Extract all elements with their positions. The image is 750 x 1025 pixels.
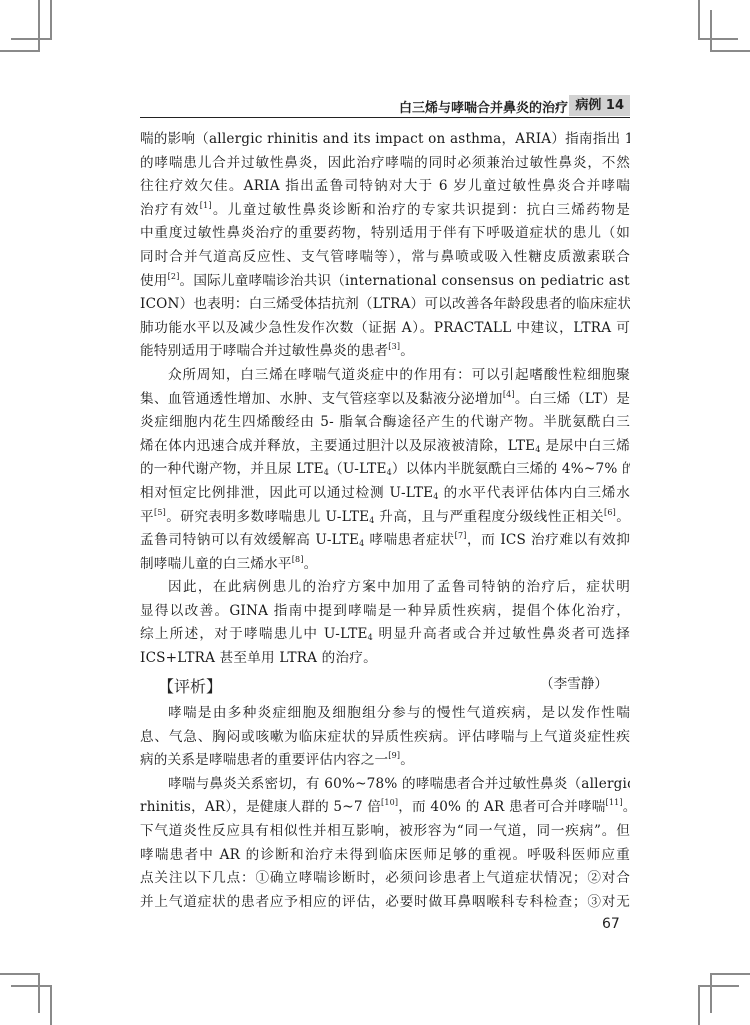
section-heading-commentary: 【评析】 [158, 674, 222, 697]
text-line: 综上所述，对于哮喘患儿中 U-LTE4 明显升高者或合并过敏性鼻炎者可选择 [140, 623, 630, 647]
discussion-text: 喘的影响（allergic rhinitis and its impact on… [140, 128, 630, 696]
crop-mark [698, 38, 738, 40]
text-line: 哮喘患者中 AR 的诊断和治疗未得到临床医师足够的重视。呼吸科医师应重 [140, 844, 630, 868]
text-line: 集、血管通透性增加、水肿、支气管痉挛以及黏液分泌增加[4]。白三烯（LT）是 [140, 388, 630, 412]
text-line: rhinitis，AR），是健康人群的 5~7 倍[10]，而 40% 的 AR… [140, 796, 630, 820]
text-line: 的一种代谢产物，并且尿 LTE4（U-LTE4）以体内半胱氨酰白三烯的 4%~7… [140, 458, 630, 482]
paragraph-aria: 喘的影响（allergic rhinitis and its impact on… [140, 128, 630, 364]
paragraph-conclusion: 因此，在此病例患儿的治疗方案中加用了孟鲁司特钠的治疗后，症状明 显得以改善。GI… [140, 576, 630, 670]
text-line: 相对恒定比例排泄，因此可以通过检测 U-LTE4 的水平代表评估体内白三烯水 [140, 482, 630, 506]
crop-mark [38, 10, 40, 52]
crop-mark [710, 50, 750, 52]
text-line: 平[5]。研究表明多数哮喘患儿 U-LTE4 升高，且与严重程度分级线性正相关[… [140, 506, 630, 530]
text-line: 显得以改善。GINA 指南中提到哮喘是一种异质性疾病，提倡个体化治疗， [140, 600, 630, 624]
text-line: 制哮喘儿童的白三烯水平[8]。 [140, 553, 630, 577]
text-line: 喘的影响（allergic rhinitis and its impact on… [140, 128, 630, 152]
running-header: 白三烯与哮喘合并鼻炎的治疗 病例 14 [140, 95, 630, 118]
crop-mark [710, 973, 712, 1013]
text-line: ICS+LTRA 甚至单用 LTRA 的治疗。 [140, 647, 630, 671]
crop-mark [710, 10, 712, 52]
text-line: 使用[2]。国际儿童哮喘诊治共识（international consensus… [140, 270, 630, 294]
text-line: 孟鲁司特钠可以有效缓解高 U-LTE4 哮喘患者症状[7]，而 ICS 治疗难以… [140, 529, 630, 553]
text-line: 病的关系是哮喘患者的重要评估内容之一[9]。 [140, 749, 630, 773]
crop-mark [698, 0, 700, 40]
commentary-text: 哮喘是由多种炎症细胞及细胞组分参与的慢性气道疾病，是以发作性喘 息、气急、胸闷或… [140, 702, 630, 914]
crop-mark [50, 0, 52, 40]
case-label: 病例 14 [569, 95, 630, 116]
text-line: 中重度过敏性鼻炎治疗的重要药物，特别适用于伴有下呼吸道症状的患儿（如 [140, 222, 630, 246]
text-line: 点关注以下几点：①确立哮喘诊断时，必须问诊患者上气道症状情况；②对合 [140, 867, 630, 891]
paragraph-asthma-rhinitis: 哮喘与鼻炎关系密切，有 60%~78% 的哮喘患者合并过敏性鼻炎（allergi… [140, 773, 630, 915]
crop-mark [710, 973, 750, 975]
text-line: 众所周知，白三烯在哮喘气道炎症中的作用有：可以引起嗜酸性粒细胞聚 [140, 364, 630, 388]
text-line: 息、气急、胸闷或咳嗽为临床症状的异质性疾病。评估哮喘与上气道炎症性疾 [140, 726, 630, 750]
text-line: 治疗有效[1]。儿童过敏性鼻炎诊断和治疗的专家共识提到：抗白三烯药物是 [140, 199, 630, 223]
crop-mark [11, 985, 52, 987]
text-line: 炎症细胞内花生四烯酸经由 5- 脂氧合酶途径产生的代谢产物。半胱氨酰白三 [140, 411, 630, 435]
crop-mark [11, 38, 52, 40]
text-line: 并上气道症状的患者应予相应的评估，必要时做耳鼻咽喉科专科检查；③对无 [140, 891, 630, 915]
text-line: 烯在体内迅速合成并释放，主要通过胆汁以及尿液被清除，LTE4 是尿中白三烯 [140, 435, 630, 459]
text-line: 哮喘与鼻炎关系密切，有 60%~78% 的哮喘患者合并过敏性鼻炎（allergi… [140, 773, 630, 797]
crop-mark [0, 973, 40, 975]
text-line: 同时合并气道高反应性、支气管哮喘等），常与鼻喷或吸入性糖皮质激素联合 [140, 246, 630, 270]
page-number: 67 [602, 916, 620, 932]
text-line: ICON）也表明：白三烯受体拮抗剂（LTRA）可以改善各年龄段患者的临床症状、 [140, 293, 630, 317]
paragraph-asthma-definition: 哮喘是由多种炎症细胞及细胞组分参与的慢性气道疾病，是以发作性喘 息、气急、胸闷或… [140, 702, 630, 773]
text-line: 哮喘是由多种炎症细胞及细胞组分参与的慢性气道疾病，是以发作性喘 [140, 702, 630, 726]
text-line: 下气道炎性反应具有相似性并相互影响，被形容为“同一气道，同一疾病”。但 [140, 820, 630, 844]
text-line: 肺功能水平以及减少急性发作次数（证据 A）。PRACTALL 中建议，LTRA … [140, 317, 630, 341]
crop-mark [698, 985, 739, 987]
crop-mark [38, 973, 40, 1013]
text-line: 往往疗效欠佳。ARIA 指出孟鲁司特钠对大于 6 岁儿童过敏性鼻炎合并哮喘 [140, 175, 630, 199]
text-line: 的哮喘患儿合并过敏性鼻炎，因此治疗哮喘的同时必须兼治过敏性鼻炎，不然 [140, 152, 630, 176]
paragraph-leukotriene: 众所周知，白三烯在哮喘气道炎症中的作用有：可以引起嗜酸性粒细胞聚 集、血管通透性… [140, 364, 630, 576]
text-line: 能特别适用于哮喘合并过敏性鼻炎的患者[3]。 [140, 340, 630, 364]
text-line: 因此，在此病例患儿的治疗方案中加用了孟鲁司特钠的治疗后，症状明 [140, 576, 630, 600]
crop-mark [698, 985, 700, 1025]
crop-mark [50, 985, 52, 1025]
chapter-title: 白三烯与哮喘合并鼻炎的治疗 [399, 97, 568, 116]
crop-mark [0, 50, 40, 52]
